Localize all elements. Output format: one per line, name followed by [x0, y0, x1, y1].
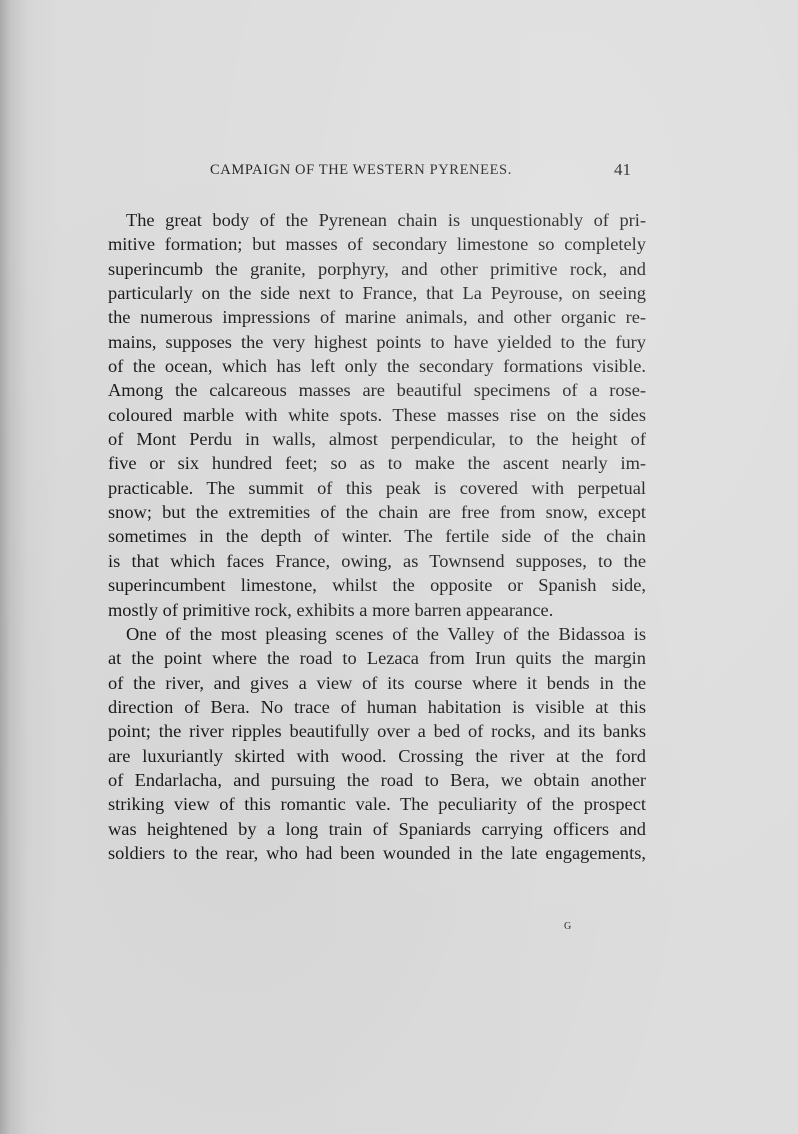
body-text: The great body of the Pyrenean chain is …: [108, 208, 646, 865]
text-line: sometimes in the depth of winter. The fe…: [108, 524, 646, 548]
text-line: The great body of the Pyrenean chain is …: [108, 208, 646, 232]
page-number: 41: [614, 160, 631, 180]
text-line: snow; but the extremities of the chain a…: [108, 500, 646, 524]
text-line: point; the river ripples beautifully ove…: [108, 719, 646, 743]
text-line: is that which faces France, owing, as To…: [108, 549, 646, 573]
signature-mark: G: [564, 921, 571, 932]
text-line: of the river, and gives a view of its co…: [108, 671, 646, 695]
paragraph-1: The great body of the Pyrenean chain is …: [108, 208, 646, 622]
paragraph-2: One of the most pleasing scenes of the V…: [108, 622, 646, 865]
text-line: Among the calcareous masses are beautifu…: [108, 378, 646, 402]
text-line: are luxuriantly skirted with wood. Cross…: [108, 744, 646, 768]
text-line: of the ocean, which has left only the se…: [108, 354, 646, 378]
text-line: direction of Bera. No trace of human hab…: [108, 695, 646, 719]
text-line: of Endarlacha, and pursuing the road to …: [108, 768, 646, 792]
text-line: the numerous impressions of marine anima…: [108, 305, 646, 329]
text-line: five or six hundred feet; so as to make …: [108, 451, 646, 475]
text-line: of Mont Perdu in walls, almost perpendic…: [108, 427, 646, 451]
book-page: CAMPAIGN OF THE WESTERN PYRENEES. 41 The…: [0, 0, 798, 1134]
running-head-title: CAMPAIGN OF THE WESTERN PYRENEES.: [210, 162, 630, 179]
text-line: practicable. The summit of this peak is …: [108, 476, 646, 500]
text-line: mains, supposes the very highest points …: [108, 330, 646, 354]
text-line: soldiers to the rear, who had been wound…: [108, 841, 646, 865]
text-line: particularly on the side next to France,…: [108, 281, 646, 305]
text-line: One of the most pleasing scenes of the V…: [108, 622, 646, 646]
text-line: mitive formation; but masses of secondar…: [108, 232, 646, 256]
text-line: was heightened by a long train of Spania…: [108, 817, 646, 841]
text-line: coloured marble with white spots. These …: [108, 403, 646, 427]
text-line: striking view of this romantic vale. The…: [108, 792, 646, 816]
text-line: superincumb the granite, porphyry, and o…: [108, 257, 646, 281]
text-line: superincumbent limestone, whilst the opp…: [108, 573, 646, 597]
text-line: at the point where the road to Lezaca fr…: [108, 646, 646, 670]
text-line: mostly of primitive rock, exhibits a mor…: [108, 598, 646, 622]
